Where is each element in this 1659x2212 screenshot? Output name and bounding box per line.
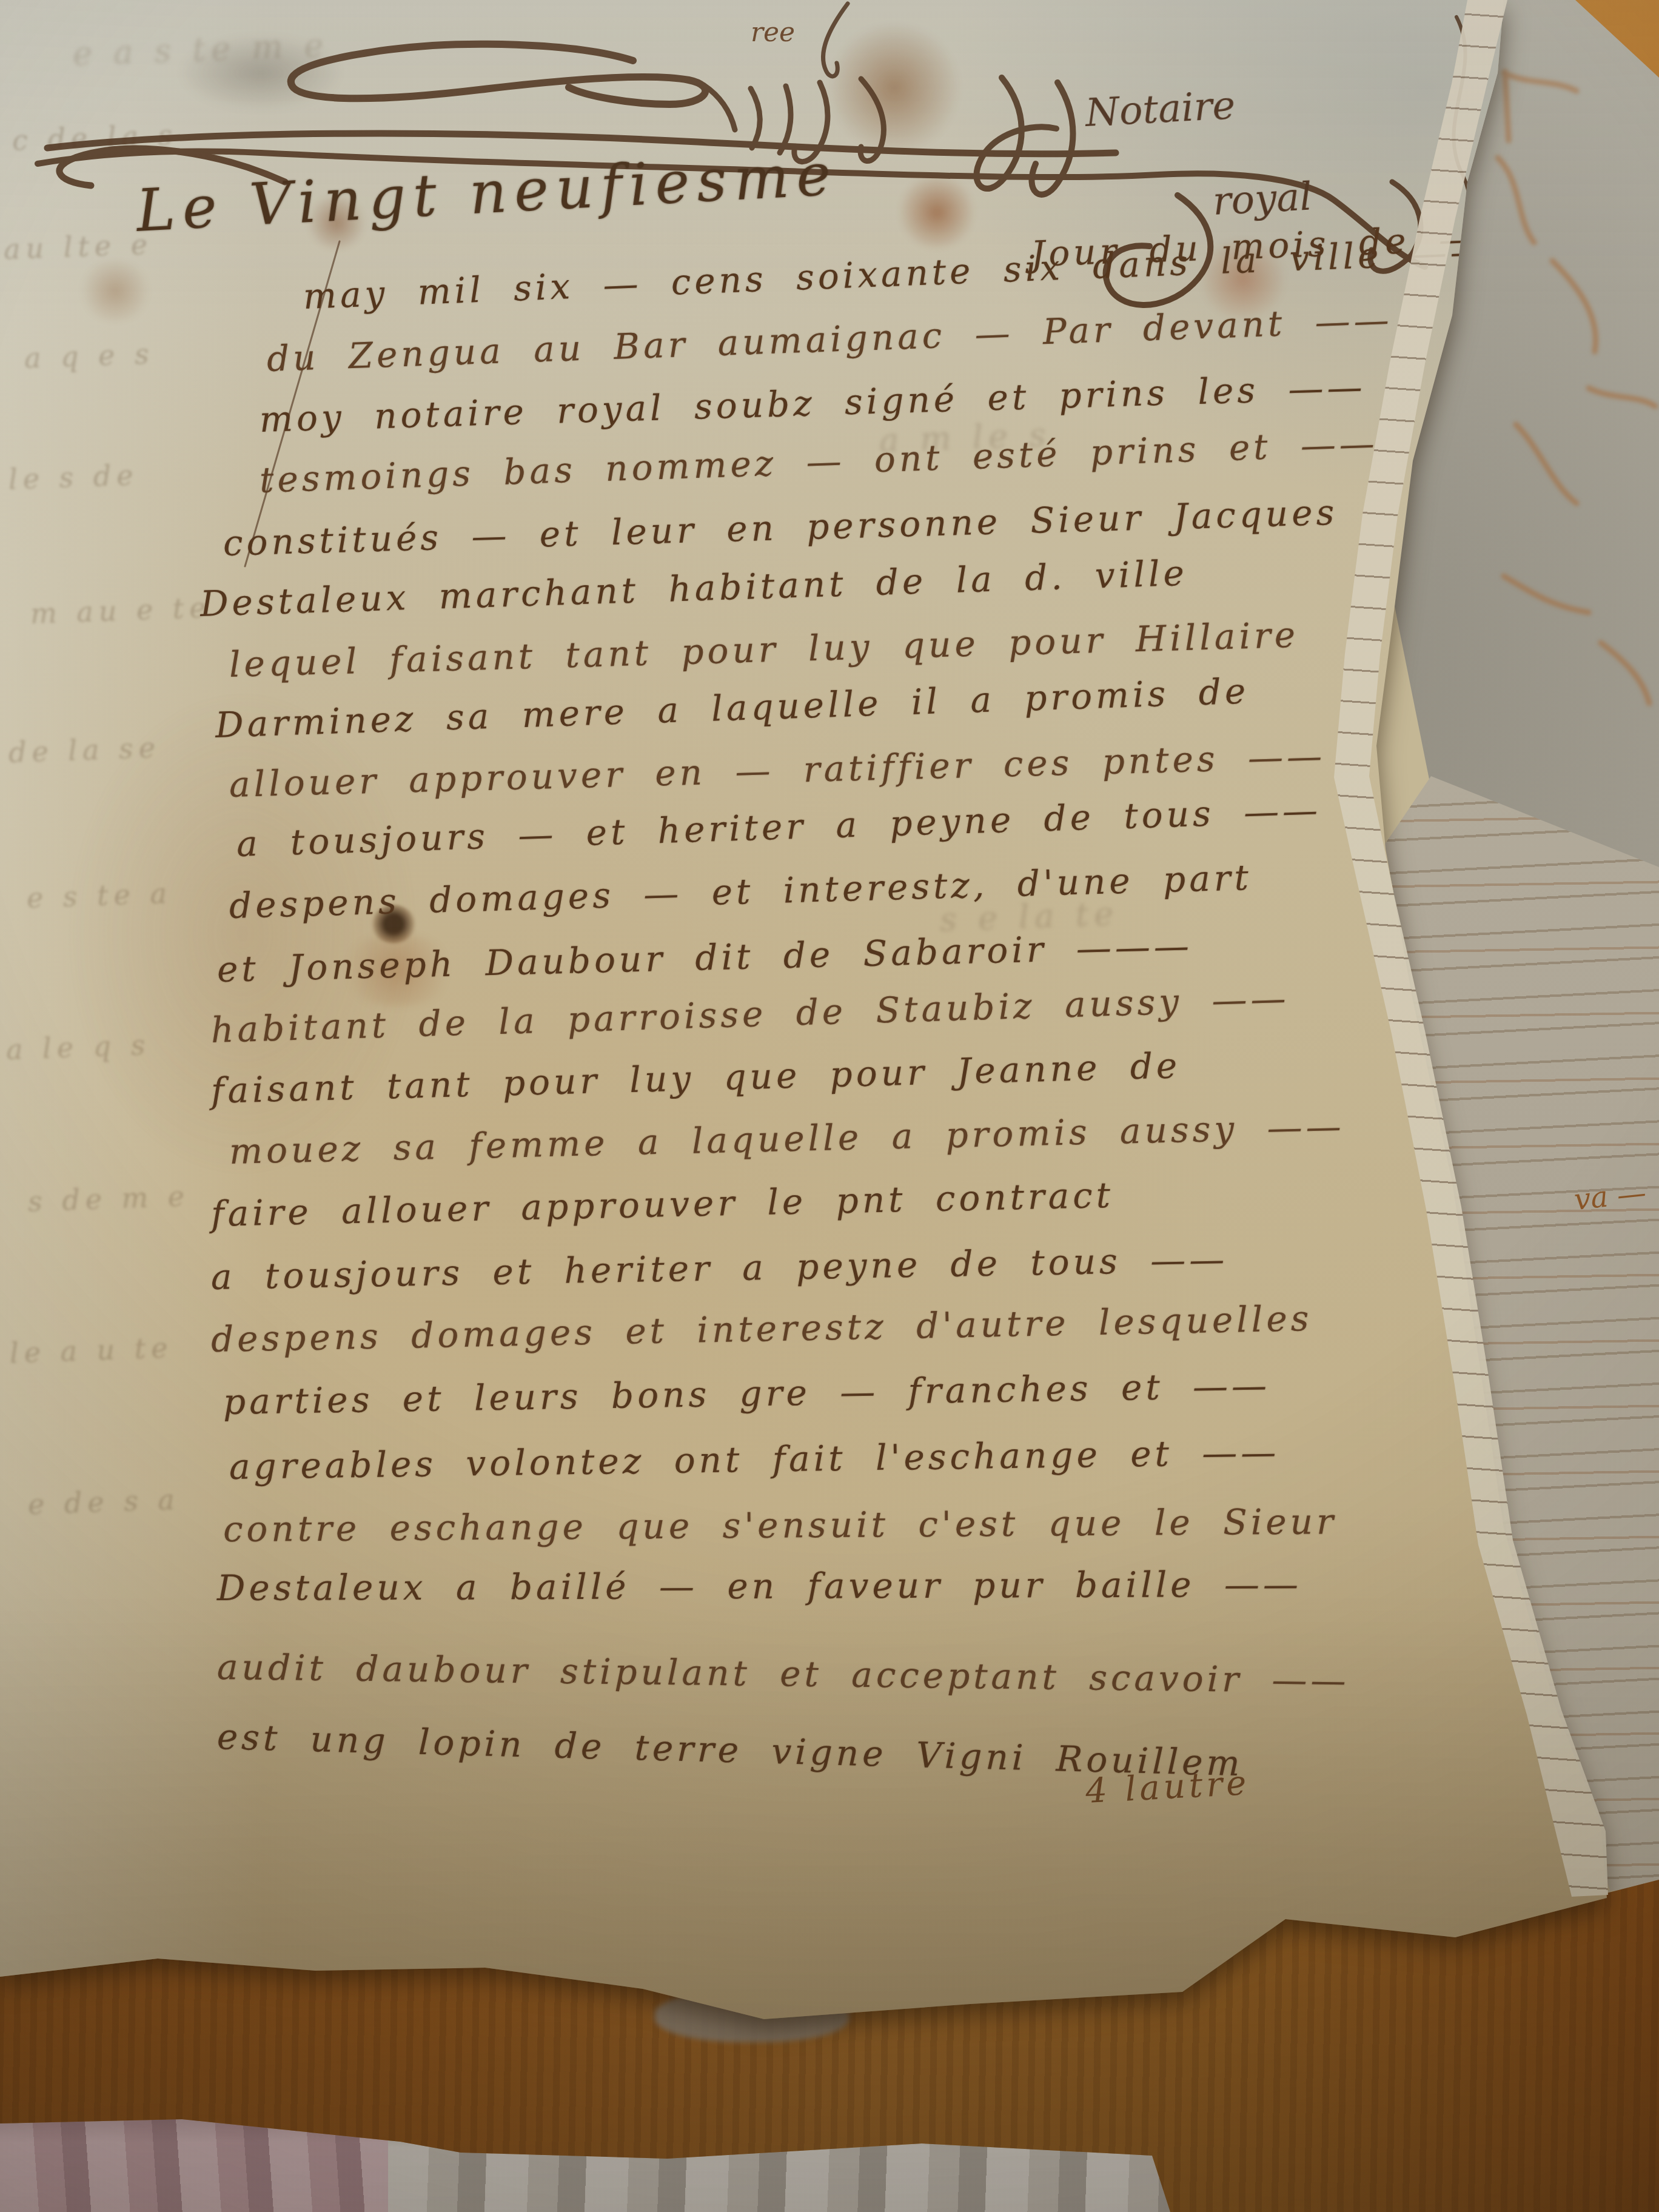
- manuscript-photo: e a s te m e c de la s au lte e a q e s …: [0, 0, 1659, 2212]
- header-small-word: ree: [751, 17, 795, 48]
- manuscript-line: contre eschange que s'ensuit c'est que l…: [223, 1501, 1337, 1550]
- header-royal: royal: [1212, 174, 1313, 224]
- manuscript-line: Destaleux a baillé — en faveur pur baill…: [217, 1564, 1302, 1609]
- header-notaire: Notaire: [1084, 83, 1236, 136]
